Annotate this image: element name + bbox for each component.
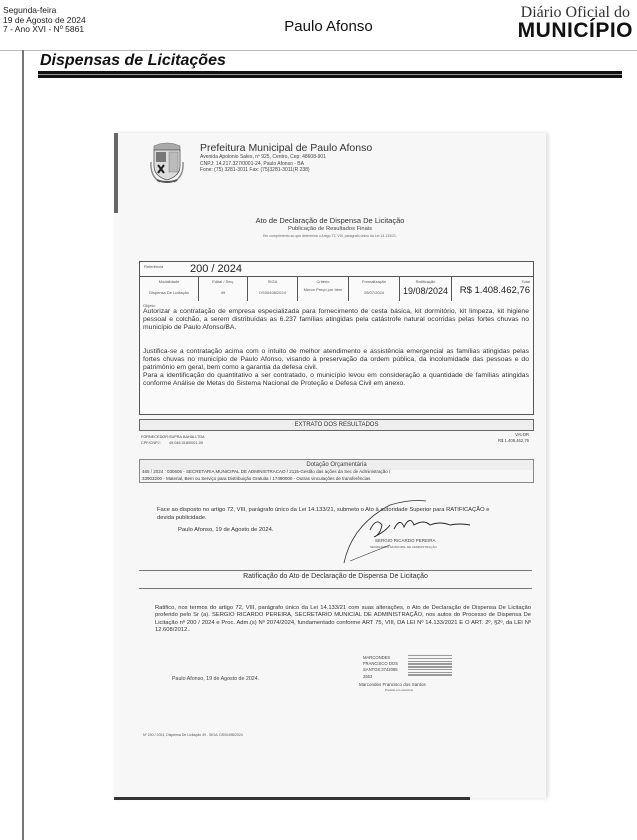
document-footer-reference: Nº 200 / 2024, Dispensa De Licitação 49 … (143, 733, 243, 737)
submission-signer-role: SECRETARIO MUNICIPAL DE ADMINISTRAÇÃO (370, 545, 437, 549)
municipal-crest-icon (148, 140, 186, 184)
ref-cell-ratificacao: Ratificação 19/08/2024 (400, 277, 452, 303)
prefecture-phone: Fone: (75) 3281-3011 Fax: (75)3281-3011(… (200, 167, 372, 174)
act-title: Ato de Declaração de Dispensa De Licitaç… (114, 216, 546, 225)
supplier-cnpj: 49.046.318/0001-09 (169, 441, 203, 445)
header-divider (0, 50, 637, 51)
prefecture-name: Prefeitura Municipal de Paulo Afonso (200, 142, 372, 154)
paper-edge-shadow (114, 133, 118, 213)
ref-cell-edital: Edital / Seq. 49 (199, 277, 248, 303)
ratification-place-date: Paulo Afonso, 19 de Agosto de 2024. (172, 676, 259, 682)
submission-place-date: Paulo Afonso, 19 de Agosto de 2024. (178, 527, 273, 533)
paper-bottom-edge (114, 797, 470, 800)
ratification-divider-top (139, 570, 532, 571)
justification-text: Justifica-se a contratação acima com o i… (143, 348, 529, 372)
quantitative-text: Para a identificação do quantitativo a s… (143, 372, 529, 388)
ratification-signer-name: Marcondes Francisco dos Santos (359, 682, 426, 687)
ratification-title: Ratificação do Ato de Declaração de Disp… (139, 573, 532, 580)
journal-logo: Diário Oficial do MUNICÍPIO (518, 4, 633, 41)
ref-cell-formalizacao: Formalização 25/07/2024 (349, 277, 400, 303)
reference-label: Referência (144, 264, 163, 269)
page-frame-border (22, 50, 24, 840)
digital-signature-metadata (408, 655, 452, 677)
object-box: Objeto: Autorizar a contratação de empre… (139, 301, 534, 415)
ref-cell-criterio: Critério Menor Preço por Item (298, 277, 349, 303)
ratification-text: Ratifico, nos termos do artigo 72, VIII,… (155, 605, 531, 634)
digital-signature: MARCONDES FRANCISCO DOS SANTOS:3742085 2… (363, 655, 407, 680)
results-extract-header: EXTRATO DOS RESULTADOS (139, 419, 534, 431)
ref-cell-modalidade: Modalidade Dispensa De Licitação (140, 277, 199, 303)
contract-value: VALOR R$ 1.408.462,76 (498, 432, 529, 444)
supplier-name: SUPRA BAHIA LTDA (169, 435, 205, 439)
section-title-bar (38, 71, 622, 78)
submission-signer-name: SERGIO RICARDO PEREIRA (375, 538, 436, 543)
journal-logo-line2: MUNICÍPIO (518, 21, 633, 41)
justification: Justifica-se a contratação acima com o i… (143, 348, 529, 388)
ref-cell-total: Total R$ 1.408.462,76 (452, 277, 533, 303)
reference-table: Referência 200 / 2024 Modalidade Dispens… (139, 261, 534, 303)
handwritten-signature-icon (330, 495, 490, 565)
ref-cell-siga: SIGA DS00498/2024 (248, 277, 298, 303)
digital-signature-name: MARCONDES FRANCISCO DOS SANTOS:3742085 2… (363, 655, 407, 680)
supplier-info: FORNECEDOR:SUPRA BAHIA LTDA CPF/CNPJ:49.… (141, 434, 205, 446)
act-subtitle: Publicação de Resultados Finais (114, 226, 546, 232)
ratification-divider-bottom (139, 588, 532, 589)
contract-value-amount: R$ 1.408.462,76 (498, 438, 529, 444)
reference-grid: Modalidade Dispensa De Licitação Edital … (140, 276, 533, 303)
ratification-signer-role: Prefeito em exercício (385, 688, 413, 692)
budget-allocation-text: 465 / 2024 : 030606 - SECRETARIA MUNICIP… (139, 469, 534, 483)
section-title: Dispensas de Licitações (40, 52, 226, 70)
reference-number: 200 / 2024 (190, 263, 242, 275)
object-text: Autorizar a contratação de empresa espec… (143, 308, 529, 332)
act-note: Em cumprimento ao que determina o Artigo… (114, 234, 546, 238)
